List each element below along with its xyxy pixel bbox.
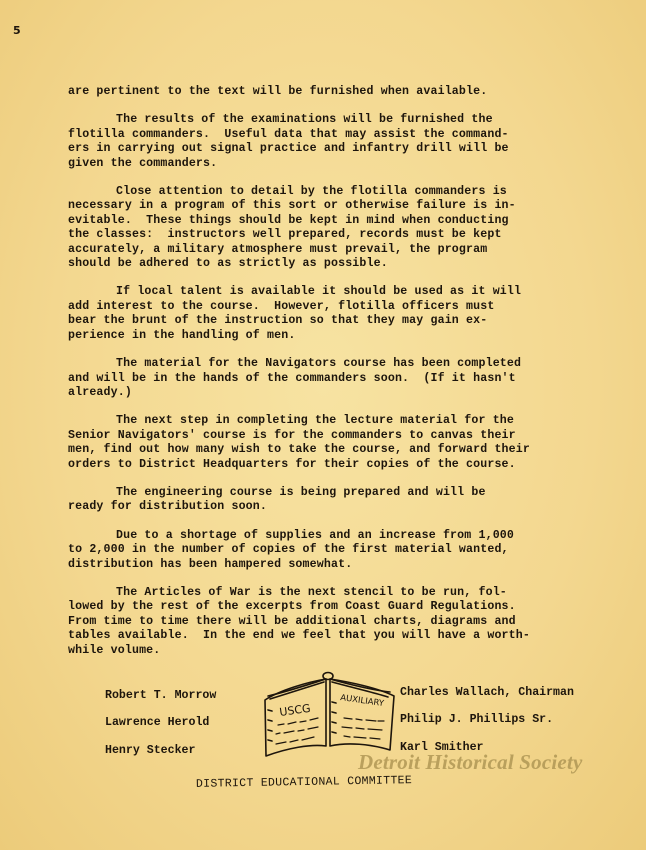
- text-line: should be adhered to as strictly as poss…: [68, 257, 588, 271]
- text-line: ready for distribution soon.: [68, 500, 588, 514]
- text-line: add interest to the course. However, flo…: [68, 300, 588, 314]
- paragraph: The material for the Navigators course h…: [68, 357, 588, 400]
- signatory-left-2: Lawrence Herold: [105, 716, 209, 729]
- signatory-right-1: Charles Wallach, Chairman: [400, 686, 574, 699]
- watermark: Detroit Historical Society: [358, 750, 583, 775]
- committee-title: DISTRICT EDUCATIONAL COMMITTEE: [196, 774, 412, 791]
- text-line: flotilla commanders. Useful data that ma…: [68, 128, 588, 142]
- uscg-auxiliary-book-logo-icon: USCG AUXILIARY: [260, 670, 400, 762]
- text-line: distribution has been hampered somewhat.: [68, 558, 588, 572]
- paragraph: The Articles of War is the next stencil …: [68, 586, 588, 658]
- text-line: orders to District Headquarters for thei…: [68, 458, 588, 472]
- text-line: The engineering course is being prepared…: [68, 486, 588, 500]
- text-line: given the commanders.: [68, 157, 588, 171]
- text-line: ers in carrying out signal practice and …: [68, 142, 588, 156]
- logo-uscg-text: USCG: [279, 702, 312, 719]
- paragraph: The results of the examinations will be …: [68, 113, 588, 171]
- text-line: Due to a shortage of supplies and an inc…: [68, 529, 588, 543]
- text-line: If local talent is available it should b…: [68, 285, 588, 299]
- document-page: 5 are pertinent to the text will be furn…: [0, 0, 646, 850]
- text-line: Senior Navigators' course is for the com…: [68, 429, 588, 443]
- body-text: are pertinent to the text will be furnis…: [68, 85, 588, 658]
- text-line: The material for the Navigators course h…: [68, 357, 588, 371]
- text-line: are pertinent to the text will be furnis…: [68, 85, 588, 99]
- text-line: bear the brunt of the instruction so tha…: [68, 314, 588, 328]
- text-line: the classes: instructors well prepared, …: [68, 228, 588, 242]
- paragraph: Close attention to detail by the flotill…: [68, 185, 588, 271]
- signatory-right-2: Philip J. Phillips Sr.: [400, 713, 553, 726]
- text-line: necessary in a program of this sort or o…: [68, 199, 588, 213]
- logo-auxiliary-text: AUXILIARY: [340, 693, 386, 709]
- text-line: The Articles of War is the next stencil …: [68, 586, 588, 600]
- paragraph: are pertinent to the text will be furnis…: [68, 85, 588, 99]
- text-line: The next step in completing the lecture …: [68, 414, 588, 428]
- text-line: men, find out how many wish to take the …: [68, 443, 588, 457]
- text-line: Close attention to detail by the flotill…: [68, 185, 588, 199]
- text-line: to 2,000 in the number of copies of the …: [68, 543, 588, 557]
- text-line: while volume.: [68, 644, 588, 658]
- text-line: lowed by the rest of the excerpts from C…: [68, 600, 588, 614]
- text-line: perience in the handling of men.: [68, 329, 588, 343]
- page-number: 5: [13, 24, 21, 37]
- text-line: tables available. In the end we feel tha…: [68, 629, 588, 643]
- text-line: From time to time there will be addition…: [68, 615, 588, 629]
- paragraph: The next step in completing the lecture …: [68, 414, 588, 472]
- signatory-left-1: Robert T. Morrow: [105, 689, 216, 702]
- text-line: already.): [68, 386, 588, 400]
- paragraph: Due to a shortage of supplies and an inc…: [68, 529, 588, 572]
- text-line: accurately, a military atmosphere must p…: [68, 243, 588, 257]
- paragraph: If local talent is available it should b…: [68, 285, 588, 343]
- signatory-left-3: Henry Stecker: [105, 744, 195, 757]
- text-line: and will be in the hands of the commande…: [68, 372, 588, 386]
- text-line: evitable. These things should be kept in…: [68, 214, 588, 228]
- paragraph: The engineering course is being prepared…: [68, 486, 588, 515]
- text-line: The results of the examinations will be …: [68, 113, 588, 127]
